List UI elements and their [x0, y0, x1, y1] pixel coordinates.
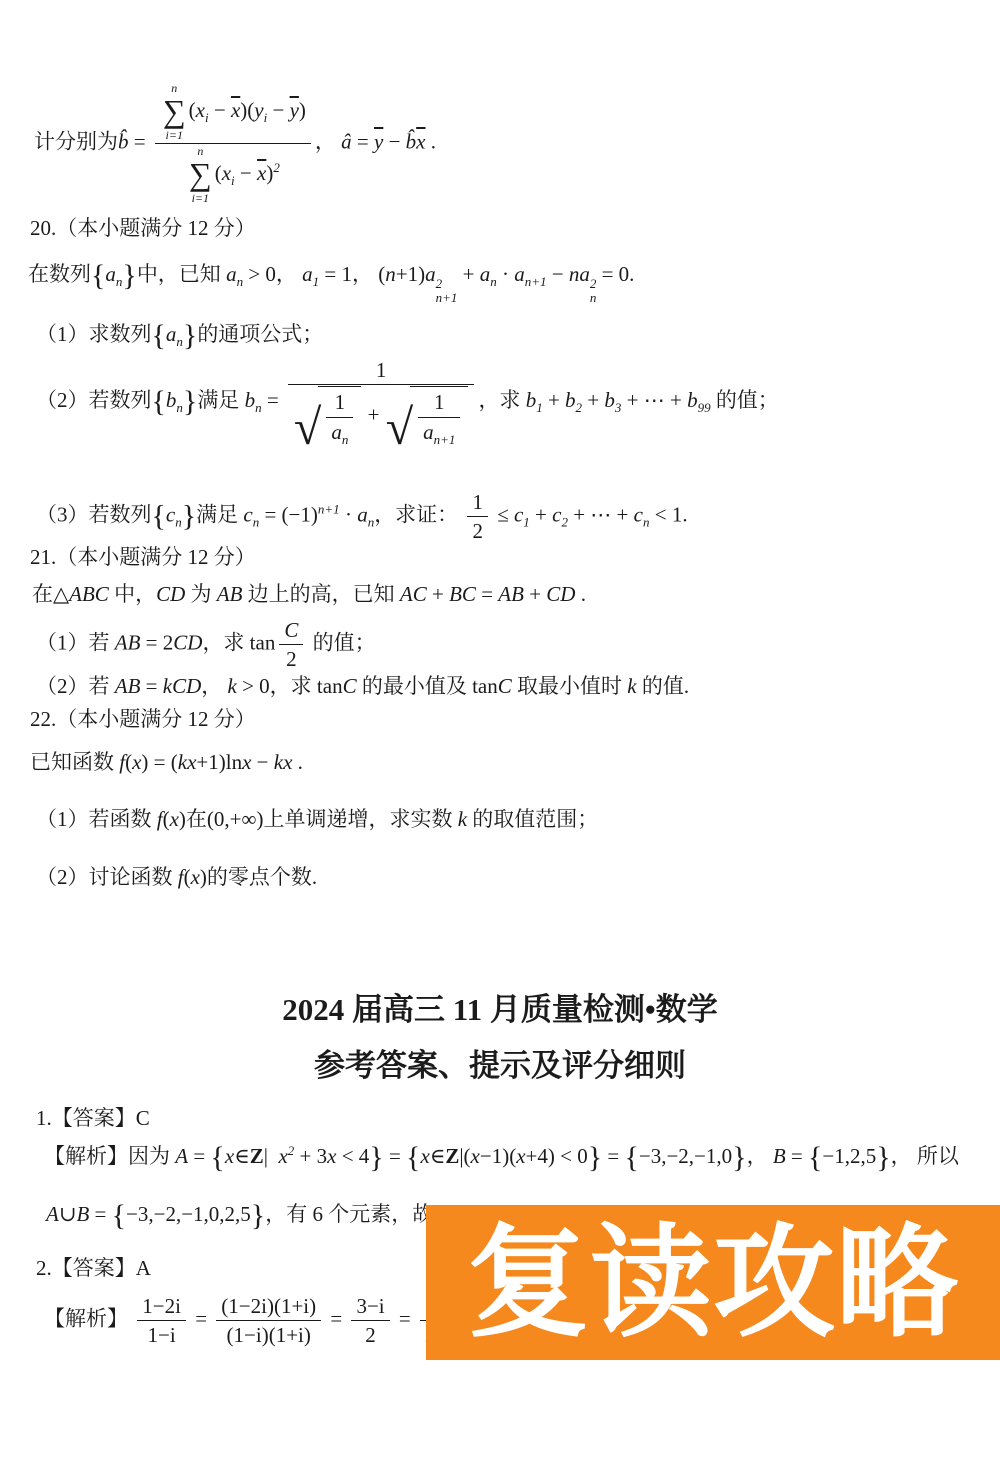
- question-20-part3: （3）若数列{cn}满足 cn = (−1)n+1 · an，求证： 12 ≤ …: [36, 489, 688, 545]
- watermark-banner: 复读攻略: [426, 1205, 1000, 1360]
- answer-2-explanation: 【解析】 1−2i1−i = (1−2i)(1+i)(1−i)(1+i) = 3…: [44, 1293, 456, 1349]
- question-21-intro: 在△ABC 中，CD 为 AB 边上的高，已知 AC + BC = AB + C…: [32, 580, 586, 609]
- question-22-part1: （1）若函数 f(x)在(0,+∞)上单调递增，求实数 k 的取值范围；: [36, 805, 598, 834]
- answer-section-subtitle: 参考答案、提示及评分细则: [0, 1047, 1000, 1084]
- answer-2-label: 2.【答案】A: [36, 1254, 151, 1283]
- answer-1-explanation: 【解析】因为 A = {x∈Z| x2 + 3x < 4} = {x∈Z|(x−…: [44, 1142, 959, 1173]
- question-20-part1: （1）求数列{an}的通项公式；: [36, 320, 323, 351]
- answer-1-explanation-line2: A∪B = {−3,−2,−1,0,2,5}，有 6 个元素，故: [46, 1200, 433, 1231]
- question-21-part2: （2）若 AB = kCD， k > 0，求 tanC 的最小值及 tanC 取…: [36, 672, 689, 701]
- question-22-header: 22.（本小题满分 12 分）: [30, 705, 256, 734]
- document-page: 计分别为b̂ = n∑i=1(xi − x)(yi − y)n∑i=1(xi −…: [0, 0, 1000, 1458]
- question-21-part1: （1）若 AB = 2CD，求 tanC2 的值；: [36, 617, 376, 673]
- question-20-intro: 在数列{an}中，已知 an > 0， a1 = 1， (n+1)a2n+1 +…: [28, 260, 634, 304]
- regression-formula-line: 计分别为b̂ = n∑i=1(xi − x)(yi − y)n∑i=1(xi −…: [34, 82, 436, 205]
- question-20-part2: （2）若数列{bn}满足 bn = 1√1an + √1an+1，求 b1 + …: [36, 357, 779, 448]
- question-20-header: 20.（本小题满分 12 分）: [30, 214, 256, 243]
- answer-section-title: 2024 届高三 11 月质量检测•数学: [0, 991, 1000, 1028]
- question-22-part2: （2）讨论函数 f(x)的零点个数.: [36, 863, 317, 892]
- question-22-intro: 已知函数 f(x) = (kx+1)lnx − kx .: [30, 748, 303, 777]
- answer-1-label: 1.【答案】C: [36, 1104, 150, 1133]
- watermark-label: 复读攻略: [467, 1222, 959, 1344]
- question-21-header: 21.（本小题满分 12 分）: [30, 543, 256, 572]
